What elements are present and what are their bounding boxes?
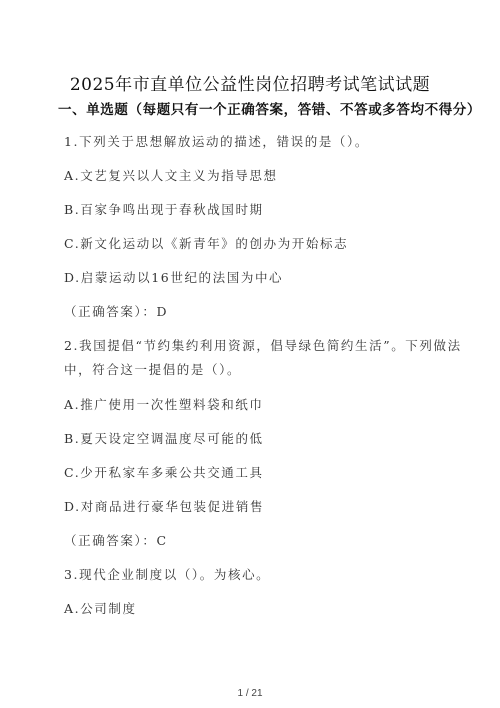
question-2-option-c: C.少开私家车多乘公共交通工具 <box>64 463 264 481</box>
question-2-stem-line2: 中，符合这一提倡的是（）。 <box>64 360 241 378</box>
question-1-option-a: A.文艺复兴以人文主义为指导思想 <box>64 166 278 184</box>
question-2-stem-line1: 2.我国提倡“节约集约利用资源，倡导绿色简约生活”。下列做法 <box>64 336 462 354</box>
question-1-stem: 1.下列关于思想解放运动的描述，错误的是（）。 <box>64 132 369 150</box>
section-heading: 一、单选题（每题只有一个正确答案，答错、不答或多答均不得分） <box>58 98 481 118</box>
page-indicator: 1 / 21 <box>0 688 500 699</box>
question-1-option-b: B.百家争鸣出现于春秋战国时期 <box>64 200 264 218</box>
question-3-option-a: A.公司制度 <box>64 599 137 617</box>
document-title: 2025年市直单位公益性岗位招聘考试笔试试题 <box>0 70 500 95</box>
question-1-option-c: C.新文化运动以《新青年》的创办为开始标志 <box>64 234 348 252</box>
question-1-answer: （正确答案）：D <box>64 302 168 320</box>
question-2-option-d: D.对商品进行豪华包装促进销售 <box>64 497 264 515</box>
question-3-stem: 3.现代企业制度以（）。为核心。 <box>64 565 270 583</box>
question-2-option-a: A.推广使用一次性塑料袋和纸巾 <box>64 395 264 413</box>
question-2-option-b: B.夏天设定空调温度尽可能的低 <box>64 429 264 447</box>
document-page: 2025年市直单位公益性岗位招聘考试笔试试题 一、单选题（每题只有一个正确答案，… <box>0 0 500 708</box>
question-2-answer: （正确答案）：C <box>64 531 168 549</box>
question-1-option-d: D.启蒙运动以16世纪的法国为中心 <box>64 268 283 286</box>
